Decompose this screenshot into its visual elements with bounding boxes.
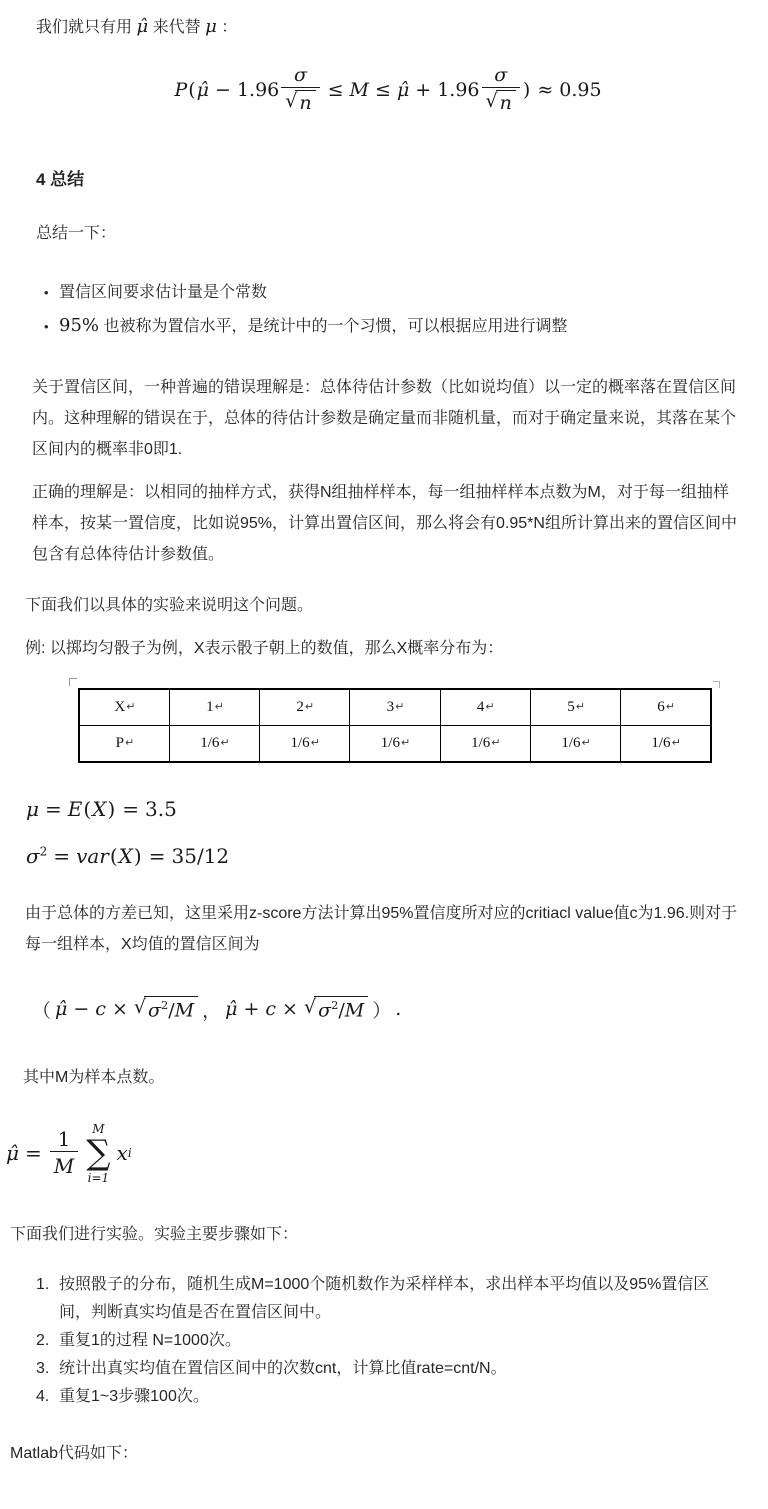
- return-mark-icon: ↵: [395, 700, 404, 713]
- close-paren: ): [106, 797, 116, 821]
- cell-value: X: [114, 699, 125, 715]
- symbol-X: X: [92, 797, 106, 821]
- misunderstanding-paragraph: 关于置信区间，一种普遍的错误理解是：总体待估计参数（比如说均值）以一定的概率落在…: [32, 372, 740, 465]
- var-function: var: [76, 844, 109, 868]
- return-mark-icon: ↵: [672, 736, 681, 749]
- symbol-M: M: [175, 1000, 194, 1022]
- open-paren: (: [82, 797, 92, 821]
- example-paragraph: 例: 以掷均匀骰子为例，X表示骰子朝上的数值，那么X概率分布为：: [25, 633, 740, 664]
- mean-value: 3.5: [145, 797, 177, 821]
- step-item: 3. 统计出真实均值在置信区间中的次数cnt，计算比值rate=cnt/N。: [36, 1355, 740, 1383]
- table-cell: X↵: [79, 689, 169, 726]
- cell-value: 1/6: [200, 735, 219, 751]
- table-cell: 1/6↵: [621, 726, 711, 763]
- intro-text-mid: 来代替: [153, 19, 201, 36]
- cell-value: 1: [206, 699, 214, 715]
- bullet-marker: •: [44, 310, 59, 343]
- equals-operator: =: [39, 797, 68, 821]
- symbol-c: c: [265, 998, 276, 1020]
- step-item: 4. 重复1~3步骤100次。: [36, 1383, 740, 1411]
- cell-value: 1/6: [651, 735, 670, 751]
- experiment-steps-list: 1. 按照骰子的分布，随机生成M=1000个随机数作为采样样本，求出样本平均值以…: [36, 1271, 740, 1411]
- cell-value: 5: [567, 699, 575, 715]
- sigma-sum-sign: ∑: [86, 1135, 110, 1172]
- minus-operator: −: [209, 79, 237, 101]
- radicand-n: n: [496, 90, 516, 116]
- confidence-probability-formula: P(μ̂−1.96σ√n≤M≤μ̂+1.96σ√n)≈0.95: [36, 61, 740, 119]
- close-cjk-paren: ）: [368, 996, 395, 1023]
- step-number: 2.: [36, 1327, 59, 1355]
- open-paren: (: [109, 844, 119, 868]
- table-cell: 3↵: [350, 689, 440, 726]
- variance-formula: σ2=var(X)=35/12: [26, 844, 740, 868]
- sqrt-variance-over-M: √σ2/M: [304, 996, 368, 1021]
- mean-formula: μ=E(X)=3.5: [26, 797, 740, 821]
- bullet-item: • 置信区间要求估计量是个常数: [44, 276, 740, 309]
- cell-value: 1/6: [471, 735, 490, 751]
- symbol-P: P: [174, 79, 187, 101]
- bullet-item: • 95% 也被称为置信水平，是统计中的一个习惯，可以根据应用进行调整: [44, 309, 740, 343]
- minus-operator: −: [67, 998, 95, 1020]
- step-text: 统计出真实均值在置信区间中的次数cnt，计算比值rate=cnt/N。: [59, 1355, 740, 1383]
- step-text: 按照骰子的分布，随机生成M=1000个随机数作为采样样本，求出样本平均值以及95…: [59, 1271, 740, 1327]
- step-item: 2. 重复1的过程 N=1000次。: [36, 1327, 740, 1355]
- sqrt-variance-over-M: √σ2/M: [134, 996, 198, 1021]
- mu-hat-symbol: μ̂: [136, 16, 148, 37]
- radicand-n: n: [295, 90, 315, 116]
- ninety-five-percent: 95%: [59, 315, 99, 336]
- intro-text-colon: ：: [221, 19, 237, 36]
- close-paren: ): [522, 79, 531, 101]
- symbol-c: c: [95, 998, 106, 1020]
- equals-operator: =: [19, 1141, 48, 1165]
- mu-hat-symbol: μ̂: [6, 1141, 19, 1165]
- table-cell: 1/6↵: [169, 726, 259, 763]
- return-mark-icon: ↵: [126, 700, 135, 713]
- comma-separator: ，: [198, 996, 225, 1023]
- table-cell: 6↵: [621, 689, 711, 726]
- bullet-text: 置信区间要求估计量是个常数: [59, 276, 267, 309]
- bullet-text-rest: 也被称为置信水平，是统计中的一个习惯，可以根据应用进行调整: [103, 318, 567, 335]
- table-cell: 5↵: [530, 689, 620, 726]
- radicand: σ2/M: [314, 996, 368, 1021]
- denominator-M: M: [50, 1151, 78, 1179]
- table-cell: 1/6↵: [440, 726, 530, 763]
- symbol-X: X: [119, 844, 133, 868]
- sqrt-n: √n: [285, 90, 315, 116]
- summary-bullet-list: • 置信区间要求估计量是个常数 • 95% 也被称为置信水平，是统计中的一个习惯…: [36, 276, 740, 343]
- cell-value: P: [116, 735, 124, 751]
- symbol-M: M: [345, 1000, 364, 1022]
- step-number: 3.: [36, 1355, 59, 1383]
- trailing-period: .: [395, 998, 401, 1020]
- sigma-symbol: σ: [148, 1000, 161, 1022]
- table-cell: P↵: [79, 726, 169, 763]
- sigma-over-sqrt-n-fraction: σ√n: [482, 65, 520, 116]
- sigma-over-sqrt-n-fraction: σ√n: [281, 65, 319, 116]
- radicand: σ2/M: [144, 996, 198, 1021]
- mu-hat-symbol: μ̂: [225, 998, 237, 1020]
- correct-understanding-paragraph: 正确的理解是：以相同的抽样方式，获得N组抽样样本，每一组抽样样本点数为M，对于每…: [32, 477, 740, 570]
- article-content: 我们就只有用 μ̂ 来代替 μ ： P(μ̂−1.96σ√n≤M≤μ̂+1.96…: [0, 0, 768, 1509]
- probability-value: 0.95: [559, 79, 601, 101]
- sigma-symbol: σ: [26, 844, 40, 868]
- intro-paragraph: 我们就只有用 μ̂ 来代替 μ ：: [36, 14, 740, 41]
- equals-operator: =: [47, 844, 76, 868]
- return-mark-icon: ↵: [305, 700, 314, 713]
- confidence-interval-formula: （μ̂−c×√σ2/M，μ̂+c×√σ2/M）.: [28, 984, 740, 1034]
- step-text: 重复1的过程 N=1000次。: [59, 1327, 740, 1355]
- bullet-marker: •: [44, 276, 59, 309]
- cell-value: 1/6: [291, 735, 310, 751]
- return-mark-icon: ↵: [576, 700, 585, 713]
- section-heading: 4 总结: [36, 165, 740, 190]
- mu-symbol: μ: [205, 16, 217, 37]
- numerator-one: 1: [54, 1128, 75, 1151]
- step-text: 重复1~3步骤100次。: [59, 1383, 740, 1411]
- cell-value: 3: [387, 699, 395, 715]
- cell-value: 2: [296, 699, 304, 715]
- step-number: 4.: [36, 1383, 59, 1411]
- experiment-intro-paragraph: 下面我们以具体的实验来说明这个问题。: [25, 590, 740, 621]
- close-paren: ): [133, 844, 143, 868]
- dice-probability-table: X↵ 1↵ 2↵ 3↵ 4↵ 5↵ 6↵ P↵ 1/6↵ 1/6↵ 1/6↵ 1…: [78, 688, 712, 763]
- cell-value: 1/6: [561, 735, 580, 751]
- step-number: 1.: [36, 1271, 59, 1327]
- leq-operator: ≤: [322, 79, 350, 101]
- sqrt-n: √n: [486, 90, 516, 116]
- open-cjk-paren: （: [28, 996, 55, 1023]
- leq-operator: ≤: [369, 79, 397, 101]
- coefficient: 1.96: [437, 79, 479, 101]
- one-over-M-fraction: 1M: [50, 1128, 78, 1179]
- table-cell: 1/6↵: [260, 726, 350, 763]
- table-cell: 2↵: [260, 689, 350, 726]
- table-row-x: X↵ 1↵ 2↵ 3↵ 4↵ 5↵ 6↵: [79, 689, 711, 726]
- times-operator: ×: [106, 998, 134, 1020]
- variance-value: 35/12: [172, 844, 230, 868]
- mu-hat-symbol: μ̂: [55, 998, 67, 1020]
- equals-operator: =: [116, 797, 145, 821]
- coefficient: 1.96: [237, 79, 279, 101]
- symbol-M: M: [350, 79, 369, 101]
- intro-text-pre: 我们就只有用: [36, 19, 132, 36]
- table-cell: 1/6↵: [530, 726, 620, 763]
- equals-operator: =: [143, 844, 172, 868]
- times-operator: ×: [276, 998, 304, 1020]
- return-mark-icon: ↵: [125, 736, 134, 749]
- cell-value: 1/6: [381, 735, 400, 751]
- return-mark-icon: ↵: [220, 736, 229, 749]
- expectation-symbol: E: [68, 797, 83, 821]
- bullet-text: 95% 也被称为置信水平，是统计中的一个习惯，可以根据应用进行调整: [59, 309, 567, 343]
- return-mark-icon: ↵: [666, 700, 675, 713]
- mu-symbol: μ: [26, 797, 39, 821]
- cell-value: 4: [477, 699, 485, 715]
- table-cell: 1/6↵: [350, 726, 440, 763]
- sigma-symbol: σ: [318, 1000, 331, 1022]
- summary-lead: 总结一下：: [36, 218, 740, 249]
- mu-hat-symbol: μ̂: [197, 79, 209, 101]
- return-mark-icon: ↵: [311, 736, 320, 749]
- cell-value: 6: [657, 699, 665, 715]
- dice-probability-table-wrapper: X↵ 1↵ 2↵ 3↵ 4↵ 5↵ 6↵ P↵ 1/6↵ 1/6↵ 1/6↵ 1…: [78, 688, 712, 763]
- sum-lower-limit: i=1: [88, 1172, 110, 1184]
- sigma-symbol: σ: [290, 65, 311, 87]
- return-mark-icon: ↵: [485, 700, 494, 713]
- table-cell: 1↵: [169, 689, 259, 726]
- subscript-i: i: [128, 1146, 132, 1160]
- plus-operator: +: [409, 79, 437, 101]
- table-row-p: P↵ 1/6↵ 1/6↵ 1/6↵ 1/6↵ 1/6↵ 1/6↵: [79, 726, 711, 763]
- estimator-formula: μ̂=1MM∑i=1xi: [6, 1115, 740, 1191]
- return-mark-icon: ↵: [582, 736, 591, 749]
- step-item: 1. 按照骰子的分布，随机生成M=1000个随机数作为采样样本，求出样本平均值以…: [36, 1271, 740, 1327]
- return-mark-icon: ↵: [401, 736, 410, 749]
- table-cell: 4↵: [440, 689, 530, 726]
- steps-intro-paragraph: 下面我们进行实验。实验主要步骤如下：: [10, 1219, 740, 1250]
- sample-size-note: 其中M为样本点数。: [23, 1062, 740, 1093]
- mu-hat-symbol: μ̂: [397, 79, 409, 101]
- plus-operator: +: [237, 998, 265, 1020]
- summation-symbol: M∑i=1: [86, 1123, 110, 1184]
- return-mark-icon: ↵: [215, 700, 224, 713]
- variance-known-paragraph: 由于总体的方差已知，这里采用z-score方法计算出95%置信度所对应的crit…: [25, 898, 740, 960]
- open-paren: (: [187, 79, 196, 101]
- return-mark-icon: ↵: [491, 736, 500, 749]
- approx-operator: ≈: [531, 79, 559, 101]
- sigma-symbol: σ: [490, 65, 511, 87]
- matlab-intro-paragraph: Matlab代码如下：: [10, 1438, 740, 1469]
- symbol-x: x: [117, 1141, 128, 1165]
